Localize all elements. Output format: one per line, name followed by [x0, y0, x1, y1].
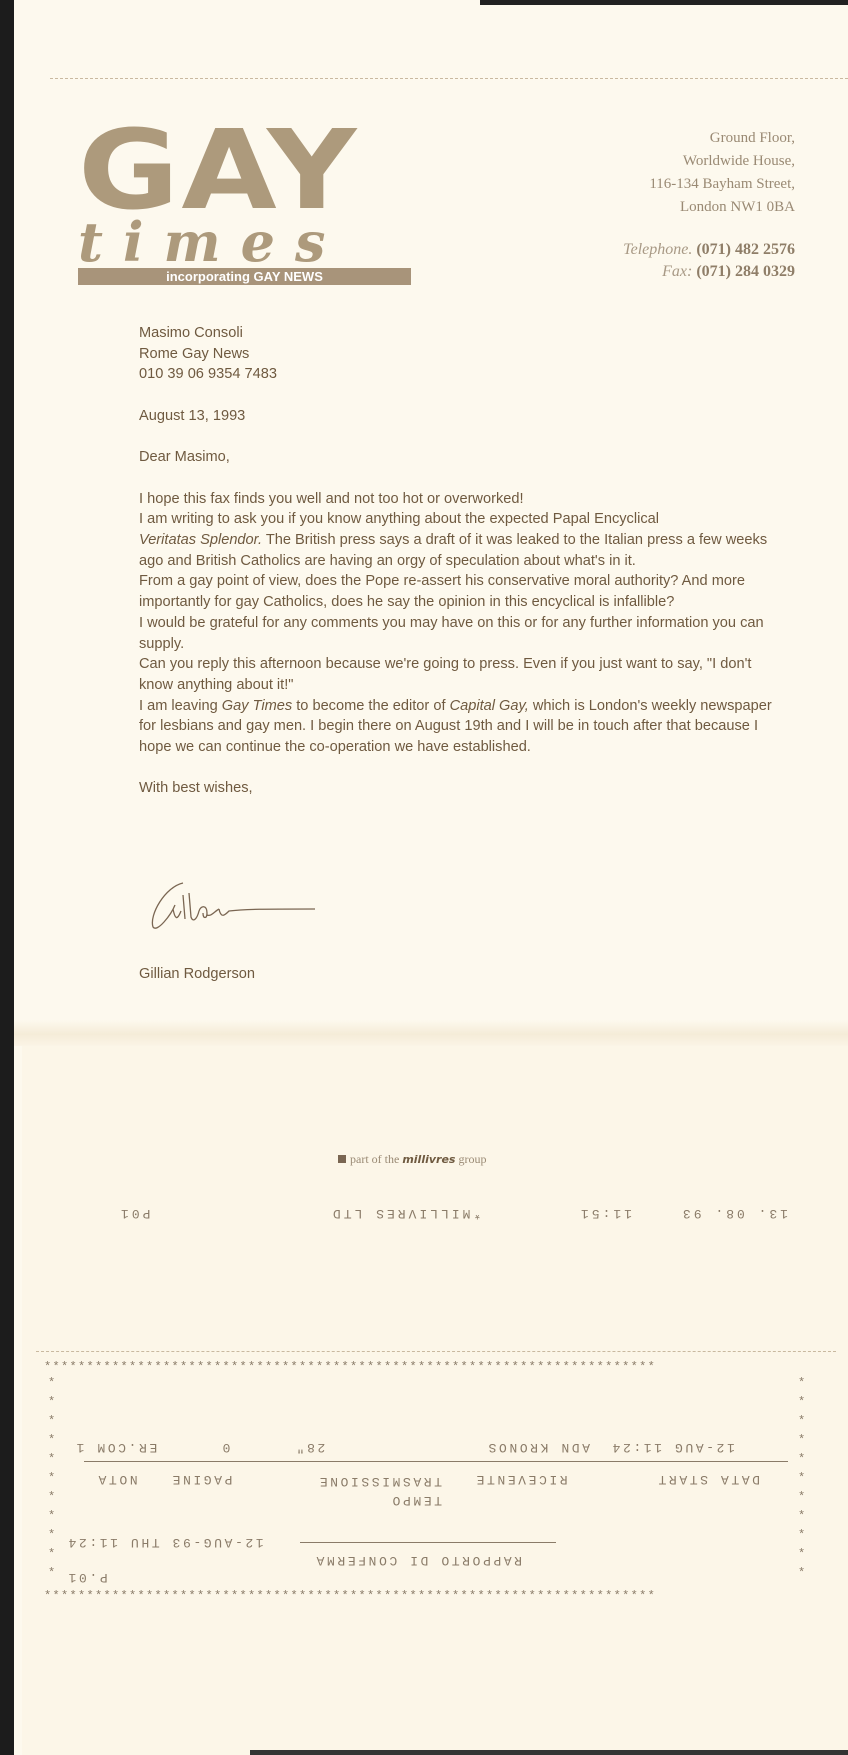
column-header-pages: PAGINE	[170, 1472, 232, 1487]
perforation-bottom	[36, 1351, 836, 1352]
publication-name: Capital Gay,	[450, 698, 529, 714]
column-header-recipient: RICEVENTE	[474, 1472, 568, 1487]
paper-fold	[0, 1020, 848, 1046]
report-row-pages: 0	[220, 1440, 230, 1455]
perforation-top	[50, 78, 848, 79]
scan-edge-top	[480, 0, 848, 5]
signer-name: Gillian Rodgerson	[139, 966, 255, 982]
report-row-note: ER.COM 1	[74, 1440, 157, 1455]
scan-edge-left	[0, 0, 14, 1755]
fax-line: Fax: (071) 284 0329	[623, 261, 795, 283]
report-timestamp: 12-AUG-93 THU 11:24	[66, 1535, 264, 1550]
asterisk-border-bottom: ****************************************…	[44, 1589, 814, 1603]
fax-number: (071) 284 0329	[696, 263, 795, 280]
paragraph: From a gay point of view, does the Pope …	[139, 571, 779, 612]
paragraph: I am writing to ask you if you know anyt…	[139, 509, 779, 571]
gay-times-logo: GAY times incorporating GAY NEWS	[78, 122, 411, 285]
transmission-report: ****************************************…	[44, 1360, 814, 1606]
address-line: Worldwide House,	[649, 150, 795, 173]
paragraph: I am leaving Gay Times to become the edi…	[139, 696, 779, 758]
fax-header-date: 13. 08. 93	[680, 1206, 788, 1221]
report-divider	[84, 1461, 788, 1462]
column-header-duration: TEMPO TRASMISSIONE	[272, 1472, 442, 1510]
fax-header-page: P01	[118, 1206, 150, 1221]
column-header-note: NOTA	[96, 1472, 138, 1487]
recipient-organization: Rome Gay News	[139, 344, 779, 365]
sender-contact: Telephone. (071) 482 2576 Fax: (071) 284…	[623, 239, 795, 283]
recipient-name: Masimo Consoli	[139, 323, 779, 344]
scan-edge-bottom	[250, 1750, 848, 1755]
paragraph: Can you reply this afternoon because we'…	[139, 654, 779, 695]
group-footer: part of the millivres group	[338, 1152, 486, 1167]
column-header-date-start: DATA START	[656, 1472, 760, 1487]
fax-label: Fax:	[662, 263, 692, 280]
address-line: 116-134 Bayham Street,	[649, 173, 795, 196]
letter-date: August 13, 1993	[139, 406, 779, 427]
paragraph: I hope this fax finds you well and not t…	[139, 489, 779, 510]
publication-name: Gay Times	[222, 698, 292, 714]
telephone-number: (071) 482 2576	[696, 241, 795, 258]
asterisk-border-top: ****************************************…	[44, 1360, 814, 1374]
address-line: Ground Floor,	[649, 127, 795, 150]
report-title: RAPPORTO DI CONFERMA	[314, 1553, 522, 1568]
recipient-fax: 010 39 06 9354 7483	[139, 364, 779, 385]
fax-header-time: 11:51	[578, 1206, 632, 1221]
telephone-line: Telephone. (071) 482 2576	[623, 239, 795, 261]
logo-main: GAY	[78, 122, 451, 218]
report-row-recipient: ADN KRONOS	[486, 1440, 590, 1455]
address-line: London NW1 0BA	[649, 196, 795, 219]
telephone-label: Telephone	[623, 241, 688, 258]
salutation: Dear Masimo,	[139, 447, 779, 468]
fax-header-sender: *MILLIVRES LTD	[330, 1206, 481, 1221]
report-row-duration: 28"	[294, 1440, 325, 1455]
asterisk-border-right: ***********	[798, 1374, 805, 1583]
closing: With best wishes,	[139, 778, 779, 799]
square-bullet-icon	[338, 1155, 346, 1163]
sender-address: Ground Floor, Worldwide House, 116-134 B…	[649, 127, 795, 219]
report-row-date-start: 12-AUG 11:24	[610, 1440, 735, 1455]
signature	[145, 875, 335, 935]
encyclical-title: Veritatas Splendor.	[139, 532, 262, 548]
paragraph: I would be grateful for any comments you…	[139, 613, 779, 654]
letter-body: Masimo Consoli Rome Gay News 010 39 06 9…	[139, 323, 779, 799]
report-title-rule	[300, 1542, 556, 1543]
report-page: P.01	[66, 1570, 108, 1585]
millivres-logo: millivres	[402, 1153, 455, 1166]
asterisk-border-left: ***********	[48, 1374, 55, 1583]
